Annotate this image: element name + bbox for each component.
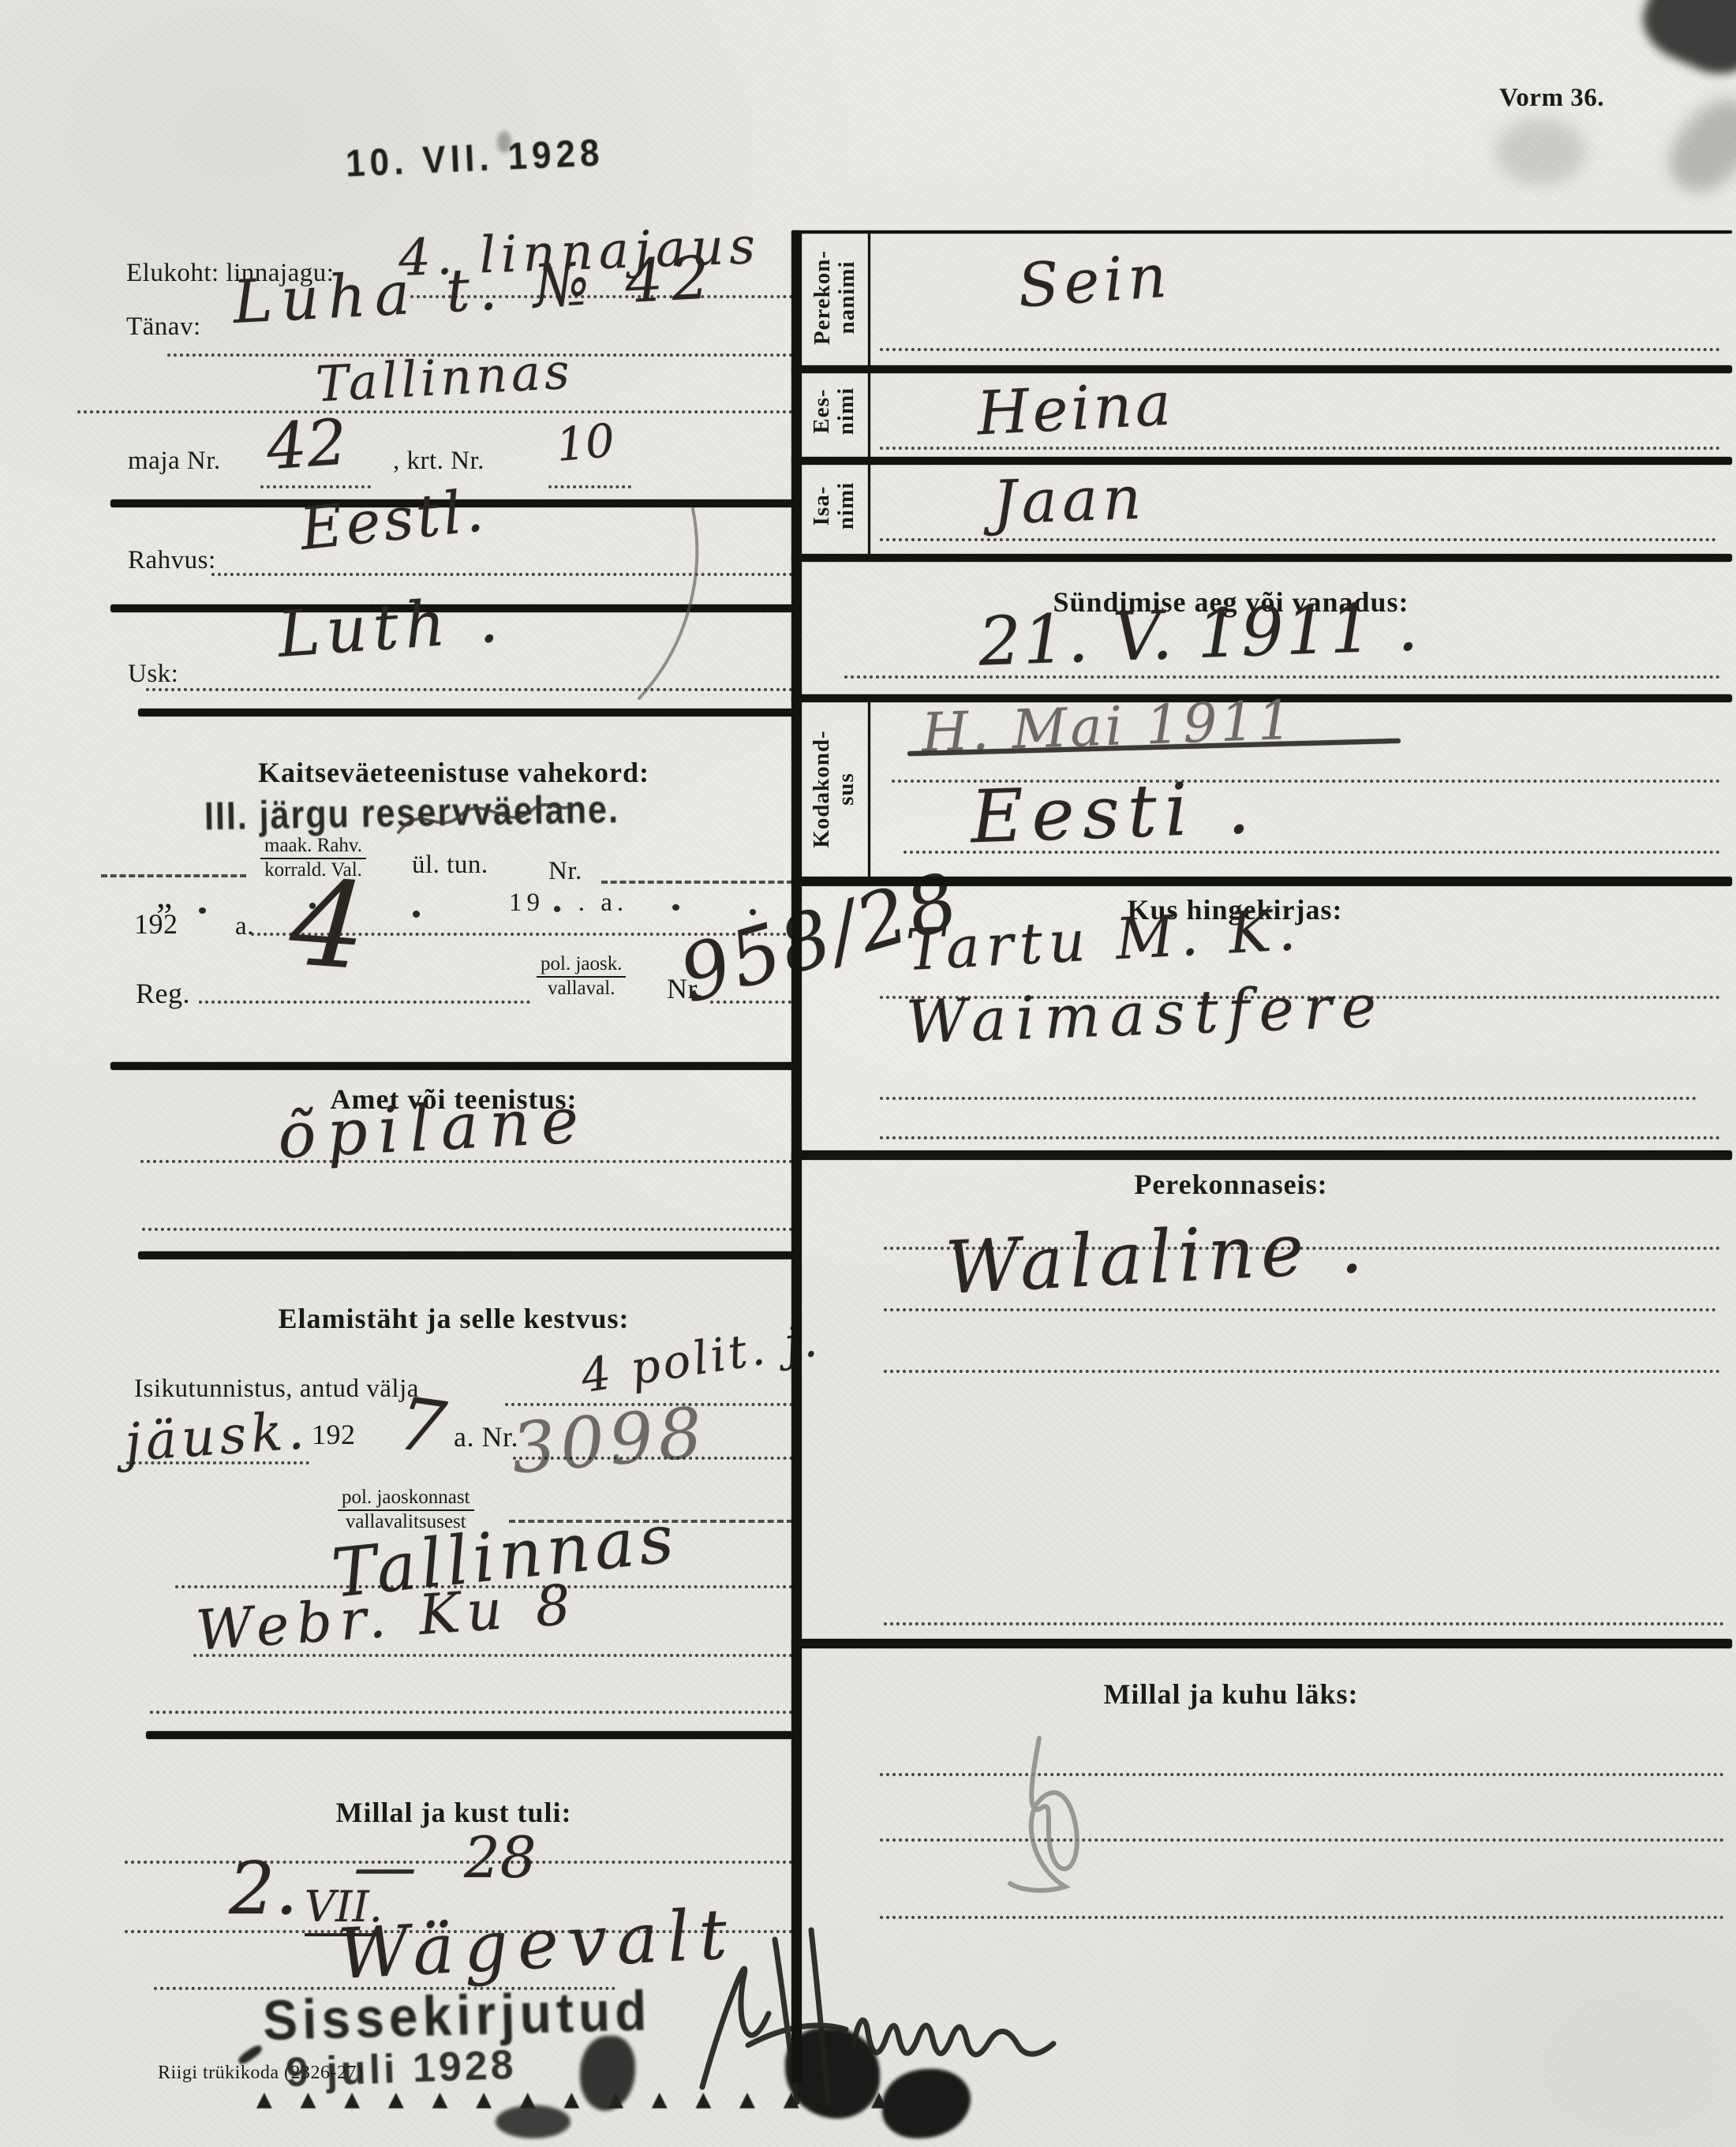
section-divider xyxy=(146,1731,793,1739)
label-strip-rule xyxy=(868,701,870,878)
frac-top: pol. jaosk. xyxy=(537,953,626,978)
reg-label: Reg. xyxy=(136,977,190,1010)
tuli-dash: — xyxy=(354,1835,417,1898)
frac-bottom: vallaval. xyxy=(537,978,626,1001)
ink-speck xyxy=(199,907,206,914)
sissekirjutatud-stamp: Sissekirjutud xyxy=(262,1978,652,2053)
rule-line xyxy=(513,1457,793,1460)
ink-speck xyxy=(672,904,679,911)
isik-year-hand: 7 xyxy=(394,1387,450,1465)
citizenship-value: Eesti . xyxy=(970,772,1259,855)
ink-speck xyxy=(413,911,420,918)
rule-line xyxy=(880,538,1716,541)
rule-line xyxy=(548,485,631,488)
krt-label: , krt. Nr. xyxy=(393,447,485,476)
tanav-label: Tänav: xyxy=(126,312,201,342)
rule-line xyxy=(126,1461,309,1464)
rule-line xyxy=(844,675,1720,679)
row-divider xyxy=(791,877,1732,886)
rule-line xyxy=(904,851,1720,854)
tuli-day-value: 2. xyxy=(229,1853,298,1925)
firstname-value: Heina xyxy=(975,374,1175,444)
surname-vertical-label: Perekon- nanimi xyxy=(801,230,869,365)
ul-tun-label: ül. tun. xyxy=(412,851,488,880)
surname-label-text: Perekon- nanimi xyxy=(810,250,860,345)
maja-value: 42 xyxy=(264,411,349,480)
rule-line xyxy=(260,485,371,488)
rule-line xyxy=(125,1861,793,1864)
rahvus-value: Eestl. xyxy=(297,481,489,559)
row-divider xyxy=(791,457,1732,465)
rule-line xyxy=(880,1136,1720,1139)
date-stamp: 10. VII. 1928 xyxy=(345,131,605,185)
row-divider xyxy=(791,1150,1732,1160)
faint-smudge xyxy=(1495,118,1586,185)
rule-line xyxy=(880,348,1720,351)
rule-line xyxy=(884,1308,1716,1311)
isikutunnistus-label: Isikutunnistus, antud välja xyxy=(134,1375,419,1404)
form-number: Vorm 36. xyxy=(1499,84,1604,113)
fathername-label-text: Isa- nimi xyxy=(810,482,859,529)
rule-line xyxy=(880,1916,1724,1919)
a-label: a. xyxy=(235,912,254,941)
rule-line xyxy=(175,1585,793,1588)
maja-label: maja Nr. xyxy=(128,447,221,476)
usk-label: Usk: xyxy=(128,660,178,689)
surname-value: Sein xyxy=(1016,245,1173,316)
section-divider xyxy=(138,1251,793,1259)
row-divider xyxy=(791,554,1732,562)
amet-value: õpilane xyxy=(276,1089,591,1169)
perekonnaseis-value: Walaline . xyxy=(944,1210,1371,1305)
year-192-label: 192 xyxy=(134,907,178,941)
row-divider xyxy=(791,365,1732,373)
rule-line xyxy=(77,410,793,413)
corner-ink-smudge xyxy=(1631,0,1736,87)
rule-line xyxy=(880,1097,1697,1100)
tanav-city-value: Tallinnas xyxy=(315,346,574,409)
rule-line xyxy=(880,447,1720,450)
isik-note-value: Webr. Ku 8 xyxy=(194,1577,580,1659)
elamistaht-heading: Elamistäht ja selle kestvus: xyxy=(110,1302,797,1335)
rule-line xyxy=(601,881,793,884)
year-blank-label: 19 . . a. xyxy=(509,888,628,918)
rahvus-label: Rahvus: xyxy=(128,546,216,575)
hingekirjas-value2: Waimastfere xyxy=(905,976,1386,1052)
isik-number-value: 3098 xyxy=(509,1397,710,1483)
fathername-vertical-label: Isa- nimi xyxy=(800,459,868,552)
rule-line xyxy=(884,1622,1724,1625)
tuli-year-value: 28 xyxy=(464,1829,537,1886)
citizenship-label-text: Kodakond- sus xyxy=(810,730,859,847)
perekonnaseis-heading: Perekonnaseis: xyxy=(876,1168,1586,1201)
kaitse-heading: Kaitseväeteenistuse vahekord: xyxy=(110,756,797,789)
usk-value: Luth . xyxy=(276,588,507,667)
rule-line xyxy=(101,874,246,877)
nr-label: Nr. xyxy=(548,857,582,886)
rule-line xyxy=(884,1370,1720,1373)
firstname-vertical-label: Ees- nimi xyxy=(800,368,868,454)
right-top-rule xyxy=(791,230,1732,234)
a-nr-label: a. Nr. xyxy=(454,1420,518,1453)
frac-top: pol. jaoskonnast xyxy=(338,1487,474,1511)
pol-jaosk-fraction: pol. jaosk. vallaval. xyxy=(537,953,626,1001)
rule-line xyxy=(142,1228,793,1231)
rule-line xyxy=(150,1711,793,1714)
fathername-value: Jaan xyxy=(992,468,1147,533)
tuli-heading: Millal ja kust tuli: xyxy=(110,1796,797,1829)
reg-year-hand: 4 xyxy=(286,864,370,987)
krt-value: 10 xyxy=(555,417,617,468)
stamp-overwriting-scribble xyxy=(395,789,576,852)
edge-smudge xyxy=(1654,85,1736,207)
birthdate-value: 21. V. 1911 . xyxy=(978,593,1421,675)
citizenship-vertical-label: Kodakond- sus xyxy=(800,702,868,876)
printer-note: Riigi trükikoda (2326-27) xyxy=(158,2063,363,2084)
rule-line xyxy=(199,1001,530,1004)
year-192-label: 192 xyxy=(312,1418,356,1451)
signature xyxy=(655,1894,1065,2138)
section-divider xyxy=(110,1062,793,1070)
row-divider xyxy=(791,1639,1732,1648)
pencil-scribble xyxy=(996,1732,1114,1913)
laks-heading: Millal ja kuhu läks: xyxy=(876,1678,1586,1711)
rule-line xyxy=(140,1160,793,1163)
isik-issuer2-value: jäusk. xyxy=(123,1405,310,1469)
firstname-label-text: Ees- nimi xyxy=(810,387,859,435)
registration-card: 10. VII. 1928 Vorm 36. Elukoht: linnajag… xyxy=(0,0,1736,2147)
rule-line xyxy=(193,1654,793,1657)
stray-pen-stroke xyxy=(631,505,726,710)
